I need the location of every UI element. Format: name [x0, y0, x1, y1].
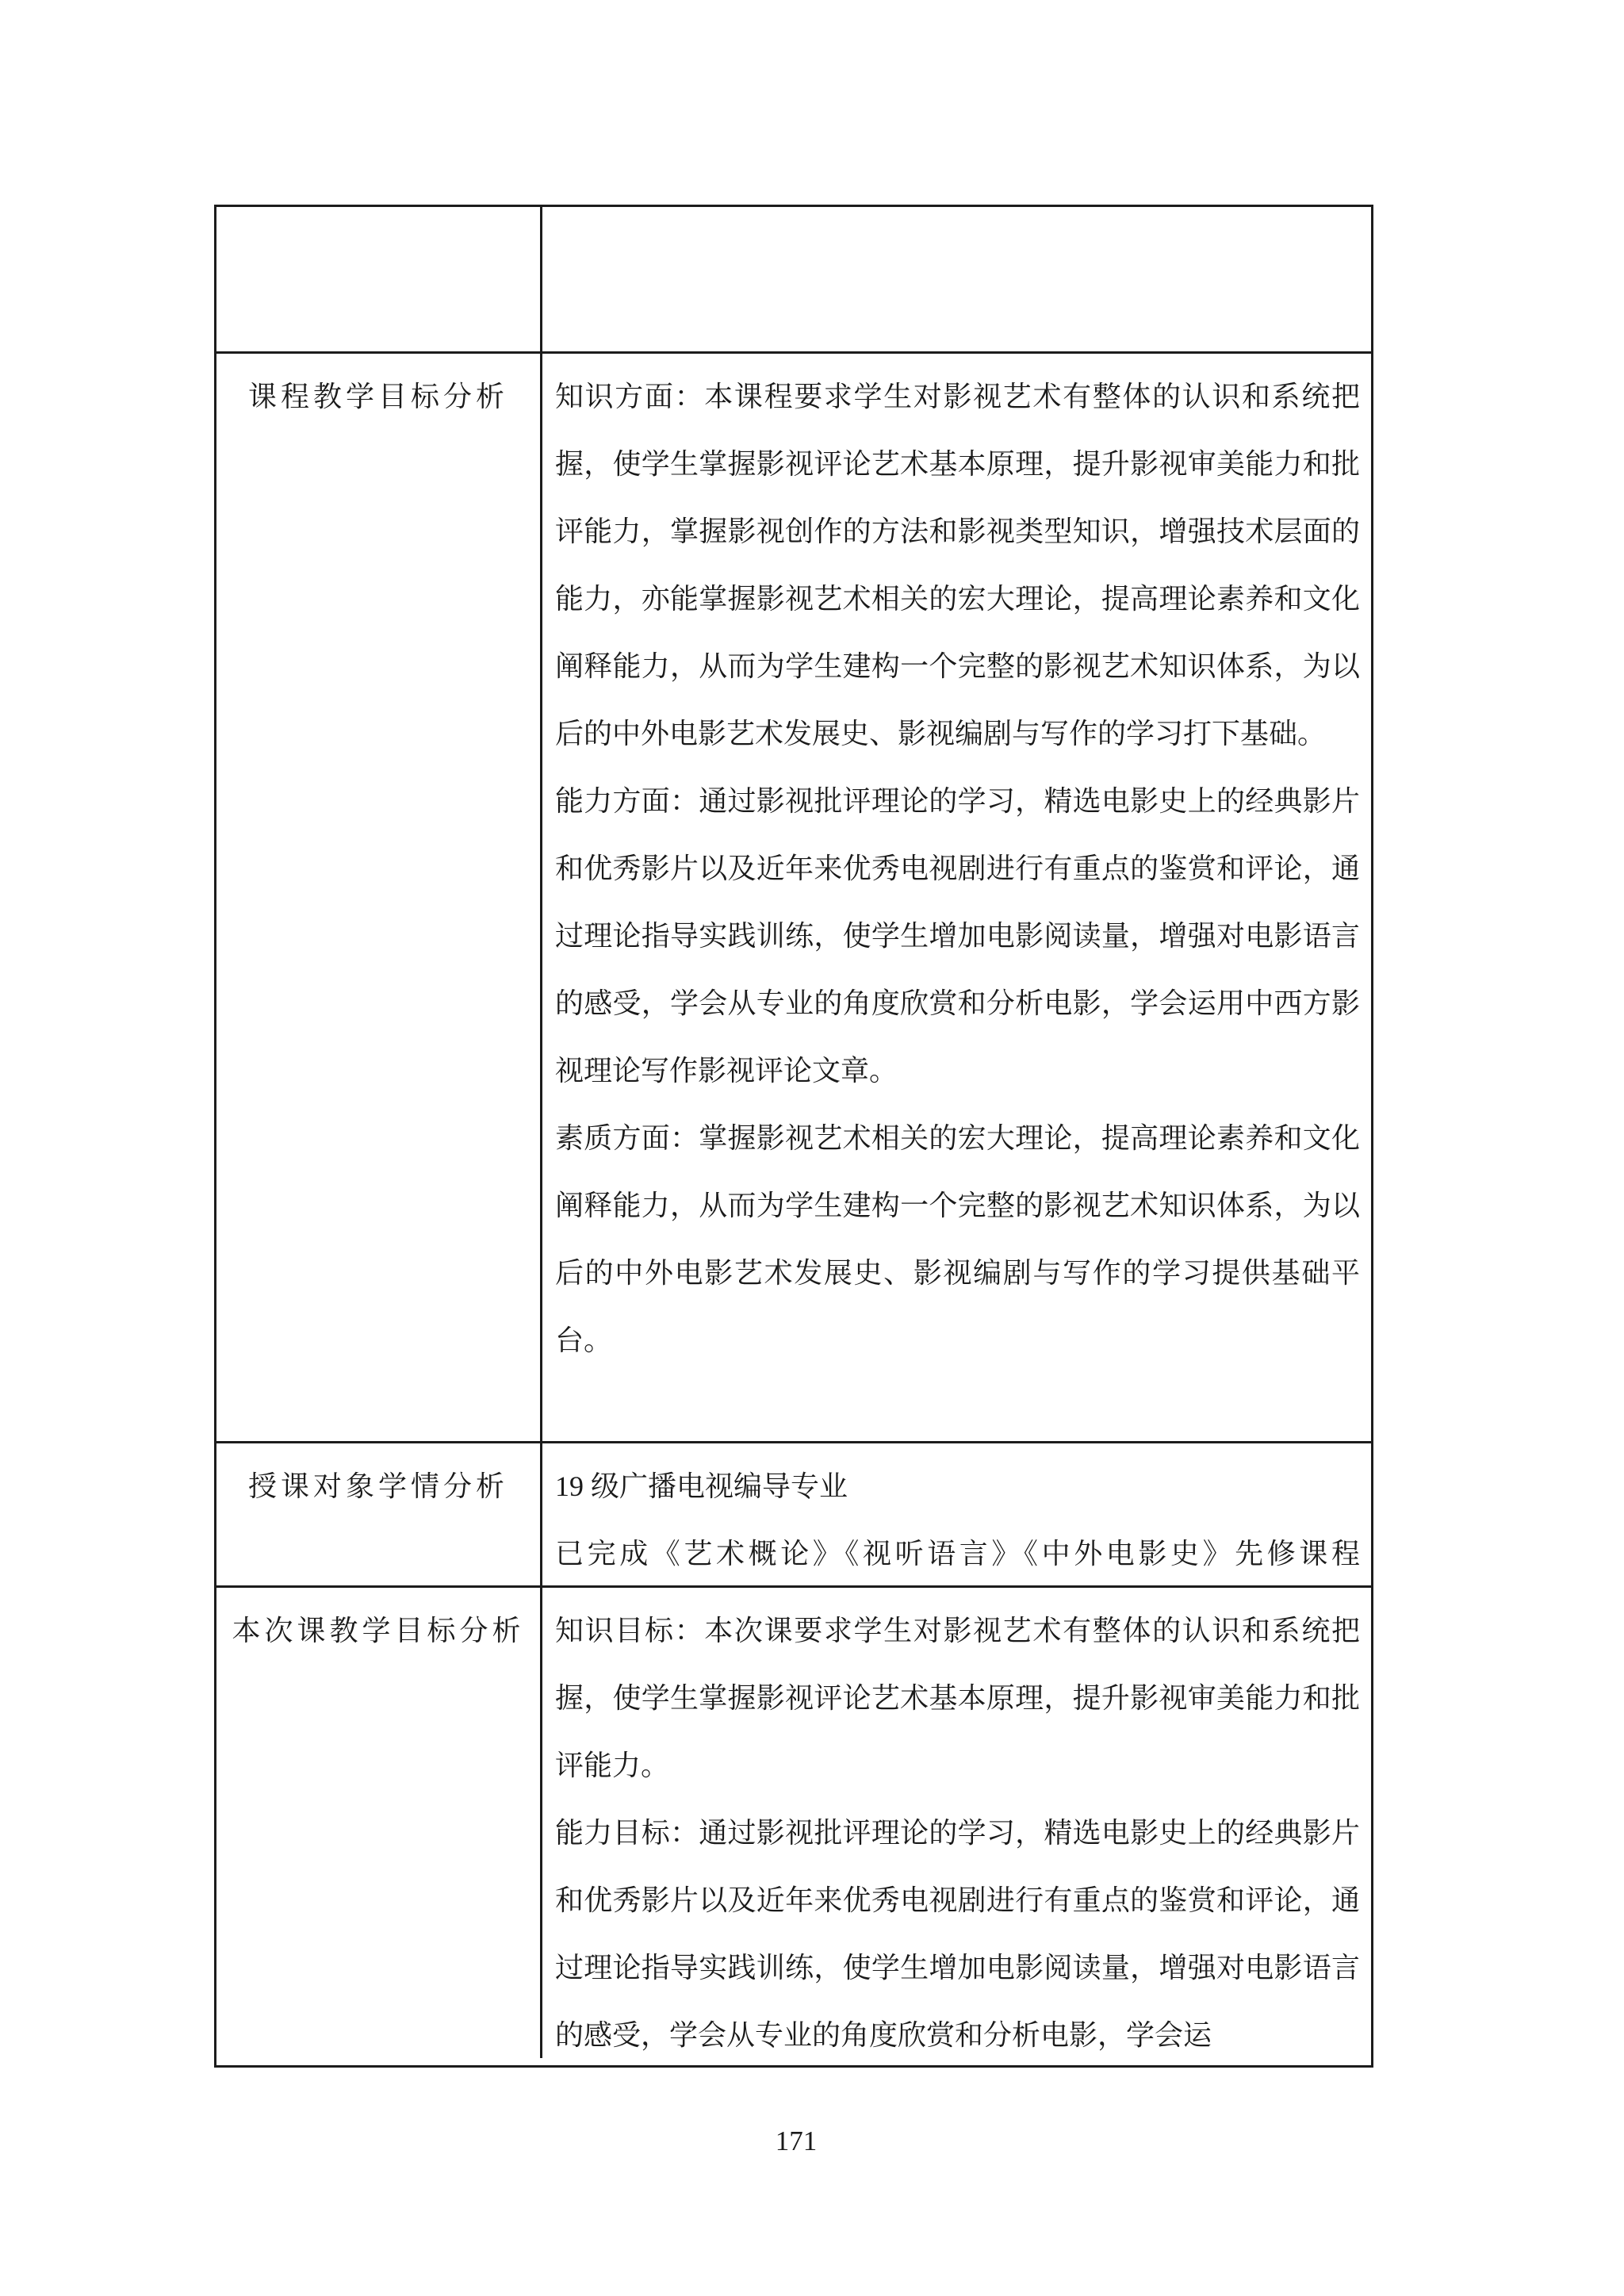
row-label: 课程教学目标分析 — [248, 363, 508, 431]
paragraph-quality: 素质方面：掌握影视艺术相关的宏大理论，提高理论素养和文化阐释能力，从而为学生建构… — [555, 1105, 1360, 1374]
row-label: 授课对象学情分析 — [248, 1453, 508, 1520]
table-row-student-analysis: 授课对象学情分析 19 级广播电视编导专业 已完成《艺术概论》《视听语言》《中外… — [216, 1441, 1371, 1585]
row-label-cell: 授课对象学情分析 — [216, 1443, 542, 1585]
document-page: 课程教学目标分析 知识方面：本课程要求学生对影视艺术有整体的认识和系统把握，使学… — [0, 0, 1624, 2296]
table-row-lesson-goals: 本次课教学目标分析 知识目标：本次课要求学生对影视艺术有整体的认识和系统把握，使… — [216, 1585, 1371, 2058]
row-label-cell — [216, 207, 542, 351]
paragraph-ability: 能力方面：通过影视批评理论的学习，精选电影史上的经典影片和优秀影片以及近年来优秀… — [555, 768, 1360, 1105]
row-label-cell: 本次课教学目标分析 — [216, 1588, 542, 2058]
paragraph-major: 19 级广播电视编导专业 — [555, 1453, 1360, 1520]
row-content-cell: 19 级广播电视编导专业 已完成《艺术概论》《视听语言》《中外电影史》先修课程 — [542, 1443, 1371, 1585]
paragraph-prerequisites: 已完成《艺术概论》《视听语言》《中外电影史》先修课程 — [555, 1520, 1360, 1585]
row-label: 本次课教学目标分析 — [232, 1597, 524, 1665]
row-content-cell: 知识目标：本次课要求学生对影视艺术有整体的认识和系统把握，使学生掌握影视评论艺术… — [542, 1588, 1371, 2058]
row-label-cell: 课程教学目标分析 — [216, 354, 542, 1441]
paragraph-knowledge-goal: 知识目标：本次课要求学生对影视艺术有整体的认识和系统把握，使学生掌握影视评论艺术… — [555, 1597, 1360, 1800]
paragraph-knowledge: 知识方面：本课程要求学生对影视艺术有整体的认识和系统把握，使学生掌握影视评论艺术… — [555, 363, 1360, 768]
table-row-blank — [216, 207, 1371, 351]
page-number: 171 — [0, 2124, 1592, 2159]
table-row-course-goals: 课程教学目标分析 知识方面：本课程要求学生对影视艺术有整体的认识和系统把握，使学… — [216, 351, 1371, 1441]
row-content-cell — [542, 207, 1371, 351]
lesson-plan-table: 课程教学目标分析 知识方面：本课程要求学生对影视艺术有整体的认识和系统把握，使学… — [214, 205, 1373, 2068]
row-content-cell: 知识方面：本课程要求学生对影视艺术有整体的认识和系统把握，使学生掌握影视评论艺术… — [542, 354, 1371, 1441]
paragraph-ability-goal: 能力目标：通过影视批评理论的学习，精选电影史上的经典影片和优秀影片以及近年来优秀… — [555, 1800, 1360, 2058]
